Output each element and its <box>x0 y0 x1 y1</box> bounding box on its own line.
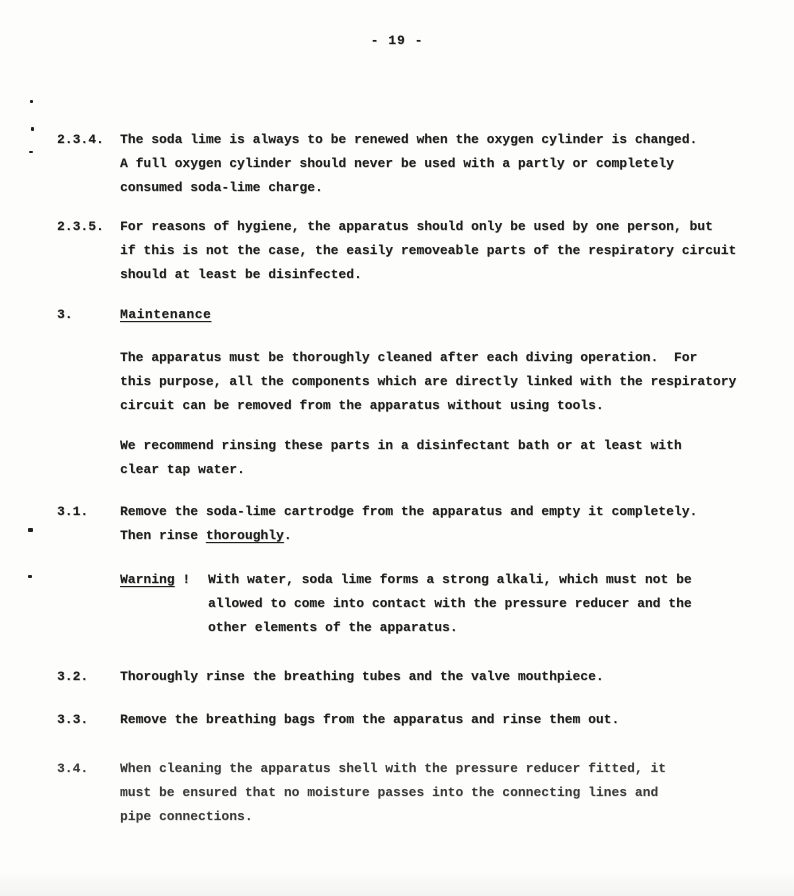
text-line: Thoroughly rinse the breathing tubes and… <box>120 665 758 689</box>
text-line: clear tap water. <box>120 458 758 482</box>
text-line: We recommend rinsing these parts in a di… <box>120 434 758 458</box>
scan-speck <box>31 127 34 131</box>
text-line: must be ensured that no moisture passes … <box>120 781 758 805</box>
section-body: We recommend rinsing these parts in a di… <box>120 434 758 482</box>
text-line: other elements of the apparatus. <box>208 616 758 640</box>
text-line: A full oxygen cylinder should never be u… <box>120 152 758 176</box>
section-heading: Maintenance <box>120 303 758 327</box>
section-body: The soda lime is always to be renewed wh… <box>120 128 758 200</box>
text-line: pipe connections. <box>120 805 758 829</box>
section-number: 3.2. <box>57 665 120 689</box>
warning-body: With water, soda lime forms a strong alk… <box>208 568 758 640</box>
text-line: With water, soda lime forms a strong alk… <box>208 568 758 592</box>
section-3-paragraph-1: The apparatus must be thoroughly cleaned… <box>57 346 758 418</box>
scan-speck <box>29 151 33 153</box>
text-segment: Then rinse <box>120 528 206 543</box>
section-body: Thoroughly rinse the breathing tubes and… <box>120 665 758 689</box>
section-2-3-5: 2.3.5. For reasons of hygiene, the appar… <box>57 215 758 287</box>
section-number: 2.3.5. <box>57 215 120 239</box>
text-line: consumed soda-lime charge. <box>120 176 758 200</box>
warning-word: Warning <box>120 572 175 587</box>
text-line: this purpose, all the components which a… <box>120 370 758 394</box>
section-3-1: 3.1. Remove the soda-lime cartrodge from… <box>57 500 758 548</box>
warning-note: Warning ! With water, soda lime forms a … <box>120 568 758 640</box>
section-number: 3. <box>57 303 120 327</box>
section-body: When cleaning the apparatus shell with t… <box>120 757 758 829</box>
section-body: Maintenance <box>120 303 758 327</box>
heading-text: Maintenance <box>120 307 211 322</box>
scan-speck <box>28 528 33 532</box>
section-body: Remove the breathing bags from the appar… <box>120 708 758 732</box>
text-line: Then rinse thoroughly. <box>120 524 758 548</box>
scan-speck <box>28 575 32 578</box>
text-line: When cleaning the apparatus shell with t… <box>120 757 758 781</box>
section-3-heading: 3. Maintenance <box>57 303 758 327</box>
text-line: if this is not the case, the easily remo… <box>120 239 758 263</box>
section-2-3-4: 2.3.4. The soda lime is always to be ren… <box>57 128 758 200</box>
page-number: - 19 - <box>0 0 794 48</box>
text-line: The soda lime is always to be renewed wh… <box>120 128 758 152</box>
scan-speck <box>30 100 33 103</box>
text-line: Remove the breathing bags from the appar… <box>120 708 758 732</box>
section-number: 3.3. <box>57 708 120 732</box>
text-segment: . <box>284 528 292 543</box>
scan-shading <box>0 870 794 896</box>
section-body: For reasons of hygiene, the apparatus sh… <box>120 215 758 287</box>
section-number: 3.1. <box>57 500 120 524</box>
section-3-3: 3.3. Remove the breathing bags from the … <box>57 708 758 732</box>
text-line: allowed to come into contact with the pr… <box>208 592 758 616</box>
underlined-word: thoroughly <box>206 528 284 543</box>
section-number: 3.4. <box>57 757 120 781</box>
warning-mark: ! <box>175 572 191 587</box>
section-body: Remove the soda-lime cartrodge from the … <box>120 500 758 548</box>
text-line: circuit can be removed from the apparatu… <box>120 394 758 418</box>
text-line: Remove the soda-lime cartrodge from the … <box>120 500 758 524</box>
text-line: For reasons of hygiene, the apparatus sh… <box>120 215 758 239</box>
section-3-paragraph-2: We recommend rinsing these parts in a di… <box>57 434 758 482</box>
document-page: - 19 - 2.3.4. The soda lime is always to… <box>0 0 794 896</box>
section-3-4: 3.4. When cleaning the apparatus shell w… <box>57 757 758 829</box>
text-line: The apparatus must be thoroughly cleaned… <box>120 346 758 370</box>
section-body: The apparatus must be thoroughly cleaned… <box>120 346 758 418</box>
text-line: should at least be disinfected. <box>120 263 758 287</box>
section-3-2: 3.2. Thoroughly rinse the breathing tube… <box>57 665 758 689</box>
document-content: 2.3.4. The soda lime is always to be ren… <box>0 128 794 829</box>
section-number: 2.3.4. <box>57 128 120 152</box>
warning-label: Warning ! <box>120 568 208 640</box>
